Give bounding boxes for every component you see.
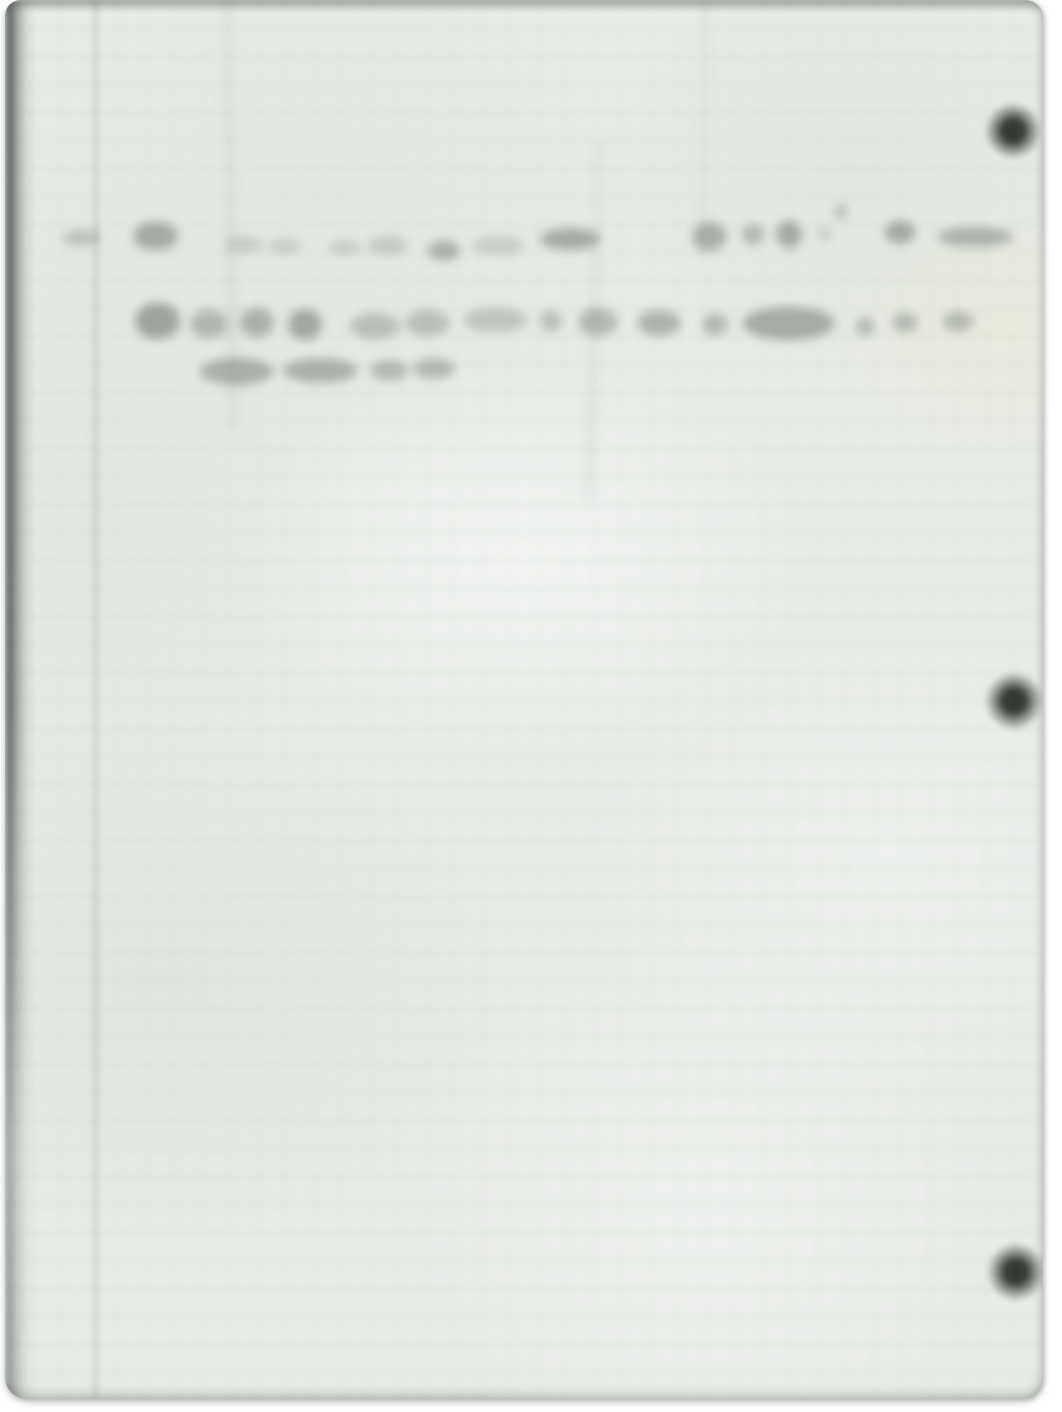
handwriting-stroke-cluster — [776, 221, 802, 248]
handwriting-stroke-cluster — [190, 310, 228, 338]
handwriting-stroke-cluster — [742, 224, 764, 245]
page-top-edge-shadow — [5, 0, 1043, 12]
scanned-notebook-page — [5, 0, 1043, 1399]
handwriting-stroke-cluster — [368, 236, 408, 255]
handwriting-stroke-cluster — [328, 241, 362, 254]
handwriting-stroke-cluster — [820, 228, 830, 240]
handwriting-stroke-cluster — [692, 222, 727, 251]
handwriting-stroke-cluster — [62, 230, 100, 246]
handwriting-stroke-cluster — [885, 221, 915, 244]
handwriting-stroke-cluster — [578, 308, 618, 336]
handwriting-stroke-cluster — [856, 317, 874, 336]
handwriting-stroke-cluster — [540, 310, 562, 332]
handwriting-stroke-cluster — [942, 312, 974, 331]
handwriting-stroke-cluster — [463, 308, 528, 332]
handwriting-stroke-cluster — [350, 313, 400, 339]
handwriting-stroke-cluster — [937, 227, 1013, 247]
handwriting-stroke-cluster — [225, 237, 262, 252]
handwriting-stroke-cluster — [836, 205, 846, 218]
handwriting-stroke-cluster — [283, 358, 358, 383]
handwriting-stroke-cluster — [240, 308, 274, 337]
handwriting-stroke-cluster — [428, 240, 460, 261]
handwriting-stroke-cluster — [200, 358, 274, 385]
handwriting-stroke-cluster — [637, 310, 681, 336]
handwriting-stroke-cluster — [413, 358, 455, 379]
handwriting-stroke-cluster — [892, 313, 918, 332]
handwriting-stroke-cluster — [370, 360, 408, 381]
handwriting-stroke-cluster — [288, 309, 322, 340]
handwriting-stroke-cluster — [702, 313, 728, 336]
page-left-edge-shadow — [5, 0, 35, 1399]
scan-viewport — [0, 0, 1062, 1412]
handwriting-stroke-cluster — [133, 222, 178, 250]
margin-rule-line — [94, 0, 98, 1399]
handwriting-stroke-cluster — [135, 303, 180, 339]
handwriting-stroke-cluster — [268, 239, 302, 253]
hole-punch — [985, 103, 1041, 159]
hole-punch — [987, 1243, 1043, 1301]
hole-punch — [985, 672, 1043, 730]
handwriting-stroke-cluster — [472, 236, 525, 255]
handwriting-stroke-cluster — [405, 310, 450, 336]
handwriting-stroke-cluster — [742, 307, 835, 340]
handwriting-stroke-cluster — [540, 228, 600, 250]
graph-paper-grid — [5, 0, 1043, 1399]
